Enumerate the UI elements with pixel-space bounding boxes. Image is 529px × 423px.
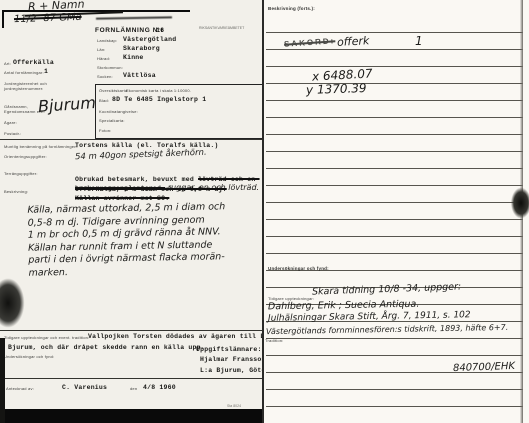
uppteckningar-line2: Bjurum, och där dråpet skedde rann en kä…	[8, 344, 205, 351]
section-divider	[0, 139, 263, 140]
informant-label: Uppgiftslämnare:	[196, 346, 262, 353]
field-label-socken: Socken:	[97, 74, 113, 79]
struck-typed-line: —·——··———·———·——	[96, 14, 172, 21]
field-value-gardsnamn-handwritten: Bjurum	[37, 93, 96, 116]
field-label-koordinat: Koordinatangivelse:	[99, 109, 138, 114]
field-label-jordregister-2: jordregisternummer:	[4, 86, 44, 91]
ruled-lines	[266, 16, 523, 420]
form-page: R + Namn 11/2 -87 GMa —·——··———·———·—— F…	[0, 0, 263, 423]
field-value-blad: 8D Te 6485 Ingelstorp 1	[112, 96, 206, 103]
beskrivning-struck-1: Offerkälla, 2 m diam och ca 0,8 m dj.	[75, 186, 227, 193]
continuation-header: Beskrivning (forts.):	[268, 6, 315, 11]
field-label-antecknad: Antecknad av:	[6, 386, 34, 391]
sakord-number-handwritten: 1	[415, 34, 423, 48]
field-value-antal: 1	[44, 68, 48, 75]
scan-black-band	[0, 409, 263, 423]
scan-artifact-blob	[508, 183, 529, 223]
field-label-agare: Ägare:	[4, 120, 17, 125]
field-label-uppteckningar: Tidigare uppteckningar och event. tradit…	[4, 335, 89, 340]
field-value-art: Offerkälla	[13, 59, 54, 66]
reference-number-handwritten: 840700/EHK	[453, 361, 515, 374]
tradition-label: Tradition:	[265, 338, 284, 343]
sakord-handwritten: offerk	[337, 34, 370, 49]
field-label-harad: Härad:	[97, 56, 110, 61]
field-label-benamning: Muntlig benämning på fornlämningen:	[4, 144, 78, 149]
field-label-undersokningar: Undersökningar och fynd:	[4, 354, 54, 359]
page-divider	[262, 0, 264, 423]
field-value-lan: Skaraborg	[123, 45, 160, 52]
field-label-postadr: Postadr.:	[4, 131, 22, 136]
agency-name: RIKSANTIKVARIEÄMBETET	[199, 26, 244, 30]
field-label-foton: Foton:	[99, 128, 112, 133]
form-title: FORNLÄMNING N:r	[95, 27, 164, 34]
field-label-oversiktskarta: Översiktskarta:	[99, 88, 129, 93]
field-label-blad: Blad:	[99, 98, 109, 103]
print-code: Sta 8024	[227, 404, 241, 408]
section-divider	[0, 378, 263, 379]
field-label-beskrivning: Beskrivning:	[4, 189, 28, 194]
handwritten-note-date: 11/2 -87 GMa	[14, 12, 82, 25]
scan-edge-shadow	[0, 338, 5, 423]
field-label-terrang: Terränguppgifter:	[4, 171, 38, 176]
field-value-oversiktskarta: Ekonomisk karta i skala 1:10000.	[126, 88, 191, 93]
field-label-lan: Län:	[97, 47, 106, 52]
field-value-harad: Kinne	[123, 54, 144, 61]
coordinate-y-handwritten: y 1370.39	[306, 81, 367, 97]
field-value-socken: Vättlösa	[123, 72, 156, 79]
field-value-landskap: Västergötland	[123, 36, 176, 43]
field-label-den: den	[130, 386, 137, 391]
map-reference-box: Översiktskarta: Ekonomisk karta i skala …	[95, 84, 264, 139]
recorded-by: C. Varenius	[62, 384, 107, 391]
uppteckningar-line1: Vallpojken Torsten dödades av ägaren til…	[88, 333, 273, 340]
beskrivning-struck-2: Källan avrinner mot SO.	[75, 195, 169, 202]
recorded-date: 4/8 1960	[143, 384, 176, 391]
informant-name: Hjalmar Fransson	[200, 356, 266, 363]
field-label-storkommun: Storkommun:	[97, 65, 123, 70]
scanned-record-card: R + Namn 11/2 -87 GMa —·——··———·———·—— F…	[0, 0, 529, 423]
section-divider	[0, 330, 263, 331]
field-label-antal: Antal fornlämningar:	[4, 70, 44, 75]
field-label-orientering: Orienteringsuppgifter:	[4, 154, 47, 159]
field-value-orientering-handwritten: 54 m 40gon spetsigt åkerhörn.	[75, 148, 207, 163]
field-label-landskap: Landskap:	[97, 38, 117, 43]
scan-artifact-blob	[0, 270, 30, 336]
field-label-art: Art:	[4, 61, 11, 66]
frame-line-vertical	[2, 10, 4, 28]
survey-section-label: Undersökningar och fynd:	[268, 266, 329, 271]
form-number: 16	[156, 27, 164, 34]
field-label-specialkarta: Specialkarta:	[99, 118, 125, 123]
handwritten-description: Källa, närmast uttorkad, 2,5 m i diam oc…	[27, 201, 226, 279]
